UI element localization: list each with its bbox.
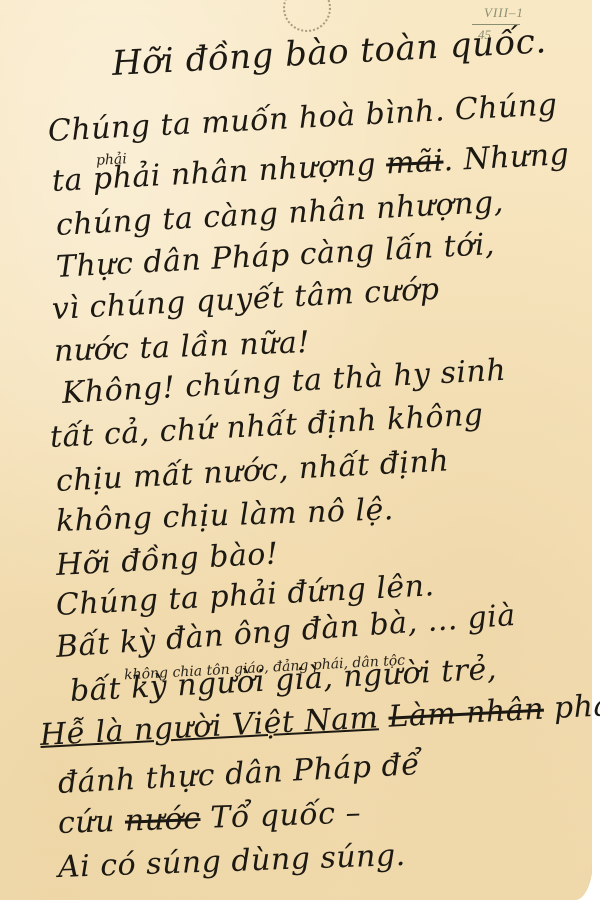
manuscript-line: nước ta lần nữa! [53,325,310,369]
struck-word: Làm nhân [388,692,545,735]
line-text: Hễ là người Việt Nam [39,700,379,753]
line-tail: phải đứng lên [543,680,600,727]
struck-word: nước [124,801,201,839]
manuscript-line: không chịu làm nô lệ. [55,492,394,539]
manuscript-line: Hỡi đồng bào! [55,536,279,583]
struck-word: mãi [385,144,444,182]
manuscript-line: Ai có súng dùng súng. [57,838,406,885]
line-text: cứu [57,804,115,841]
scan-margin [592,0,600,900]
line-tail: . Nhưng [443,137,571,179]
manuscript-title: Hỡi đồng bào toàn quốc. [111,21,548,84]
manuscript-line: chịu mất nước, nhất định [55,443,450,499]
manuscript-line: cứu nước Tổ quốc – [57,795,361,841]
manuscript-line: đánh thực dân Pháp để [57,747,421,801]
manuscript-body: Hỡi đồng bào toàn quốc. Chúng ta muốn ho… [0,0,592,900]
line-tail: Tổ quốc – [200,795,362,836]
manuscript-line: Chúng ta muốn hoà bình. Chúng [47,87,558,149]
